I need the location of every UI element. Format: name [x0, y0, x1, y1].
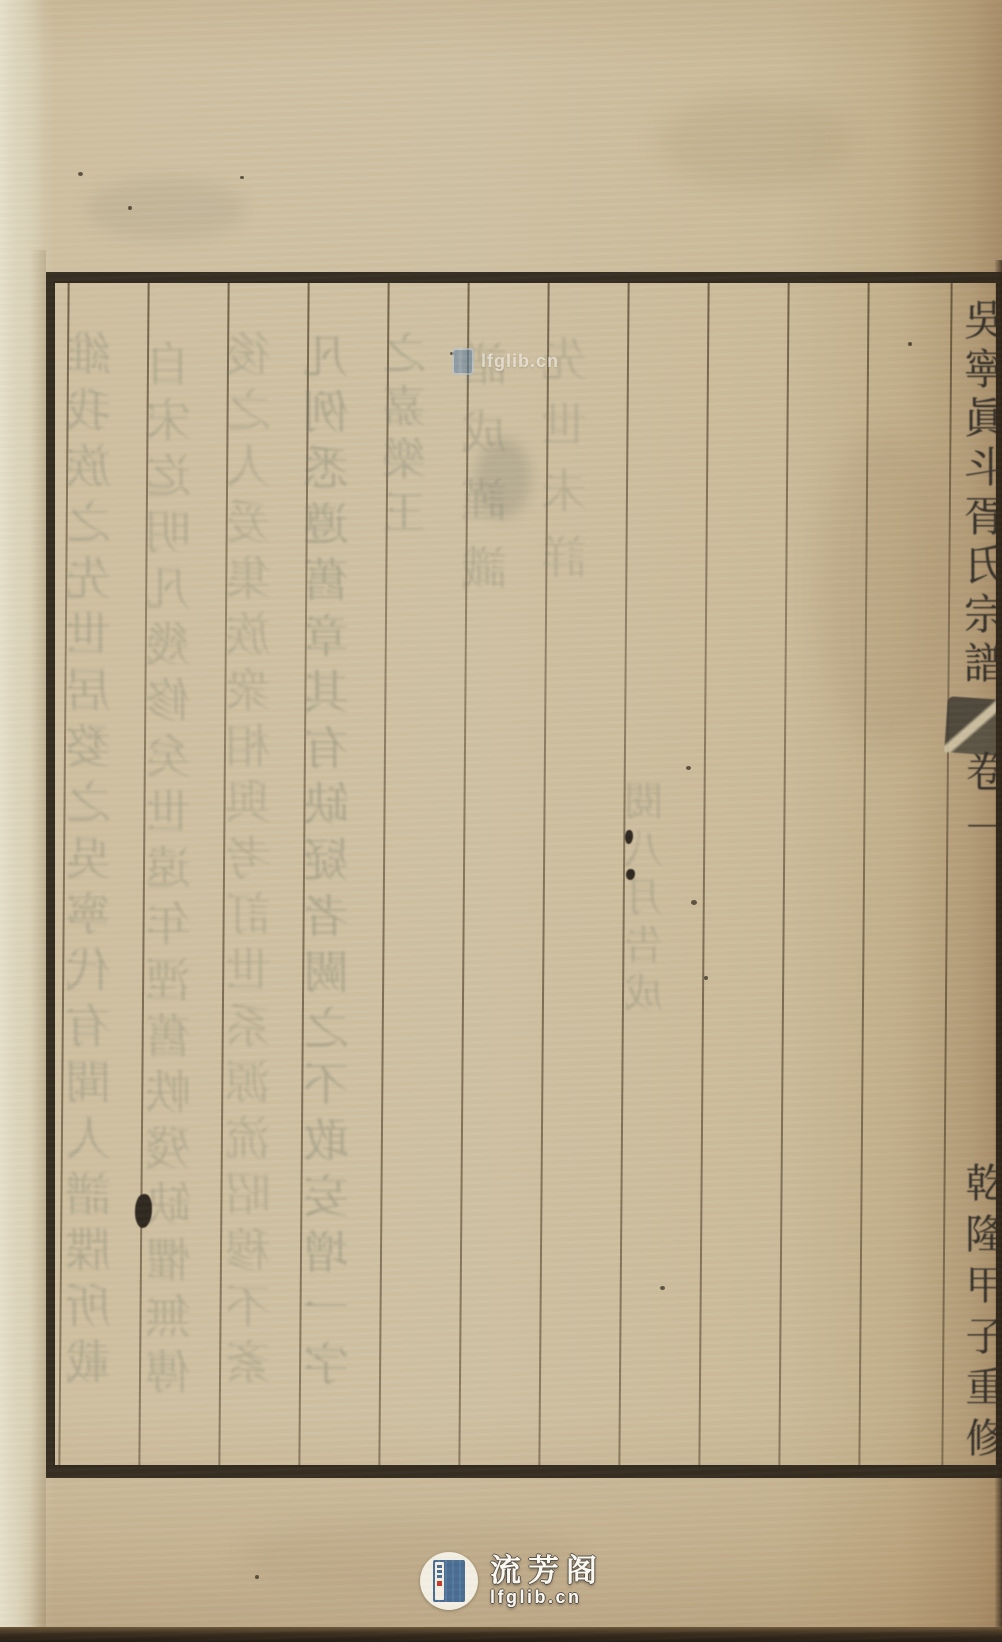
column-rule [941, 283, 952, 1465]
ink-blot [135, 1194, 152, 1228]
watermark-bottom: 流芳阁 lfglib.cn [420, 1552, 604, 1610]
column-rule [778, 283, 789, 1465]
book-cover-icon [433, 1560, 465, 1602]
book-spine-label [435, 1562, 444, 1600]
paper-speck [908, 342, 912, 346]
bleedthrough-column: 後之人爰集族衆相與考訂世系源流昭穆不紊 [229, 330, 275, 1394]
watermark-name-text: 流芳阁 [490, 1555, 604, 1588]
paper-speck [128, 206, 132, 210]
scanned-book-page: 維我族之先世居婺之吳寧代有聞人譜牒所載 自宋迄明凡幾修矣世遠年湮舊帙殘缺懼無傳 … [0, 0, 1002, 1642]
bleedthrough-column: 自宋迄明凡幾修矣世遠年湮舊帙殘缺懼無傳 [149, 340, 195, 1404]
gutter-shadow [30, 250, 46, 1642]
watermark-top: lfglib.cn [452, 348, 559, 375]
ink-smudge [944, 696, 996, 756]
column-rule [538, 283, 549, 1465]
page-edge-shadow [995, 260, 1002, 1642]
bleedthrough-column: 閱八月告成 [627, 780, 667, 1020]
bleedthrough-column: 譜成謹識 [465, 340, 511, 612]
seal-dot-icon [437, 1581, 442, 1586]
book-circle-icon [420, 1552, 478, 1610]
scan-edge-shadow [0, 1627, 1002, 1642]
watermark-site-text: lfglib.cn [490, 1588, 604, 1607]
ink-blot [625, 830, 633, 844]
frame-interior: 維我族之先世居婺之吳寧代有聞人譜牒所載 自宋迄明凡幾修矣世遠年湮舊帙殘缺懼無傳 … [55, 283, 996, 1465]
column-rule [298, 283, 309, 1465]
column-rule [858, 283, 869, 1465]
paper-speck [255, 1575, 259, 1579]
paper-speck [686, 766, 691, 770]
printed-frame-border: 維我族之先世居婺之吳寧代有聞人譜牒所載 自宋迄明凡幾修矣世遠年湮舊帙殘缺懼無傳 … [46, 272, 1002, 1478]
volume-label: 卷一 [962, 750, 996, 862]
column-rule [458, 283, 469, 1465]
ink-blot [626, 869, 635, 880]
paper-stain [660, 95, 850, 190]
column-rule [138, 283, 149, 1465]
column-rule [378, 283, 389, 1465]
paper-speck [704, 976, 708, 980]
paper-speck [660, 1286, 665, 1290]
paper-speck [691, 900, 697, 905]
ink-shadow-smudge [475, 438, 531, 518]
compiler-note: 乾隆甲子重修 [962, 1162, 996, 1465]
column-rule [218, 283, 229, 1465]
column-rule [58, 283, 69, 1465]
book-badge-icon [452, 348, 474, 375]
watermark-site-text: lfglib.cn [481, 351, 559, 372]
paper-speck [240, 176, 244, 179]
bleedthrough-column: 維我族之先世居婺之吳寧代有聞人譜牒所載 [69, 330, 115, 1394]
book-title-vertical: 吳寧眞斗胥氏宗譜 [960, 298, 996, 690]
bleedthrough-column: 之嘉樂王 [387, 330, 431, 542]
paper-speck [78, 172, 83, 176]
bleedthrough-column: 凡例悉遵舊章其有缺疑者闕之不敢妄增一字 [307, 332, 353, 1396]
column-rule [698, 283, 709, 1465]
paper-stain [85, 178, 245, 240]
